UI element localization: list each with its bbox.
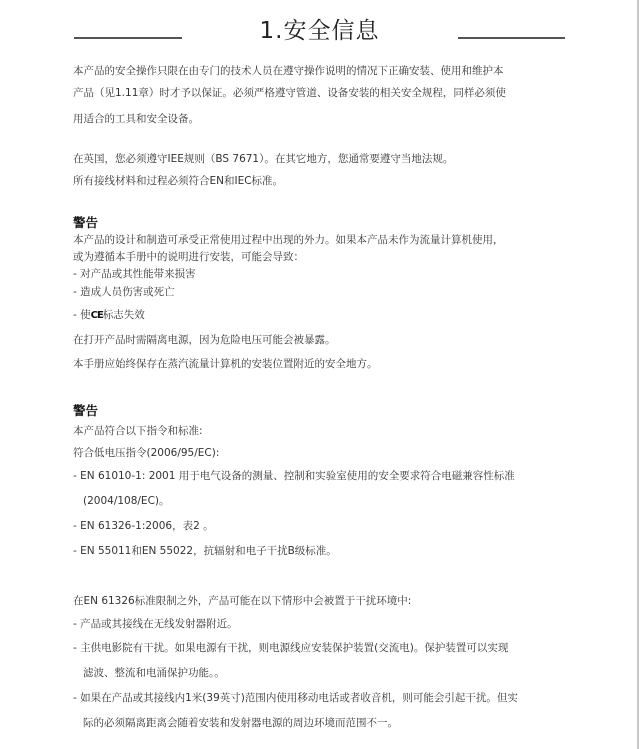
page-title: 1.安全信息 — [0, 12, 639, 45]
warning-heading: 警告 — [73, 402, 573, 420]
warning-section-1: 警告 本产品的设计和制造可承受正常使用过程中出现的外力。如果本产品未作为流量计算… — [73, 214, 573, 374]
interference-item: - 如果在产品或其接线内1米(39英寸)范围内使用移动电话或者收音机，则可能会引… — [73, 686, 573, 711]
document-body: 本产品的安全操作只限在由专门的技术人员在遵守操作说明的情况下正确安装、使用和维护… — [73, 60, 573, 736]
ce-bullet-suffix: 标志失效 — [103, 309, 145, 321]
intro-paragraph: 本产品的安全操作只限在由专门的技术人员在遵守操作说明的情况下正确安装、使用和维护… — [73, 60, 573, 130]
standard-item: - EN 61010-1: 2001 用于电气设备的测量、控制和实验室使用的安全… — [73, 464, 573, 489]
title-rule-right — [458, 37, 565, 39]
interference-intro: 在EN 61326标准限制之外，产品可能在以下情形中会被置于干扰环境中: — [73, 590, 573, 612]
warning-bullet-ce: - 使CE标志失效 — [73, 305, 573, 326]
standard-item-cont: (2004/108/EC)。 — [73, 489, 573, 514]
warning-heading: 警告 — [73, 214, 573, 232]
interference-item-cont: 滤波、整流和电涌保护功能。。 — [73, 661, 573, 686]
directive-intro: 本产品符合以下指令和标准: — [73, 420, 573, 442]
standard-item: - EN 55011和EN 55022，抗辐射和电子干扰B级标准。 — [73, 539, 573, 564]
ce-bullet-prefix: - 使 — [73, 309, 91, 321]
interference-item-cont: 际的必须隔离距离会随着安装和发射器电源的周边环境而范围不一。 — [73, 711, 573, 736]
warning-note: 本手册应始终保存在蒸汽流量计算机的安装位置附近的安全地方。 — [73, 354, 573, 374]
low-voltage-directive: 符合低电压指令(2006/95/EC): — [73, 442, 573, 464]
standard-item: - EN 61326-1:2006，表2 。 — [73, 514, 573, 539]
standards-compliance-text: 所有接线材料和过程必须符合EN和IEC标准。 — [73, 170, 573, 192]
section-title-row: 1.安全信息 — [0, 8, 639, 52]
interference-section: 在EN 61326标准限制之外，产品可能在以下情形中会被置于干扰环境中: - 产… — [73, 590, 573, 736]
warning-text: 本产品的设计和制造可承受正常使用过程中出现的外力。如果本产品未作为流量计算机使用… — [73, 232, 573, 249]
interference-item: - 主供电影院有干扰。如果电源有干扰，则电源线应安装保护装置(交流电)。保护装置… — [73, 636, 573, 661]
intro-line: 本产品的安全操作只限在由专门的技术人员在遵守操作说明的情况下正确安装、使用和维护… — [73, 60, 573, 82]
intro-line: 产品（见1.11章）时才予以保证。必须严格遵守管道、设备安装的相关安全规程，同样… — [73, 82, 573, 104]
warning-bullet: - 造成人员伤害或死亡 — [73, 284, 573, 301]
warning-text: 或为遵循本手册中的说明进行安装，可能会导致： — [73, 249, 573, 266]
warning-section-2: 警告 本产品符合以下指令和标准: 符合低电压指令(2006/95/EC): - … — [73, 402, 573, 564]
warning-note: 在打开产品时需隔离电源，因为危险电压可能会被暴露。 — [73, 330, 573, 350]
uk-regulations-text: 在英国，您必须遵守IEE规则（BS 7671）。在其它地方，您通常要遵守当地法规… — [73, 148, 573, 170]
intro-line: 用适合的工具和安全设备。 — [73, 108, 573, 130]
ce-mark-icon: CE — [91, 310, 103, 321]
warning-bullet: - 对产品或其性能带来损害 — [73, 266, 573, 283]
interference-item: - 产品或其接线在无线发射器附近。 — [73, 612, 573, 636]
